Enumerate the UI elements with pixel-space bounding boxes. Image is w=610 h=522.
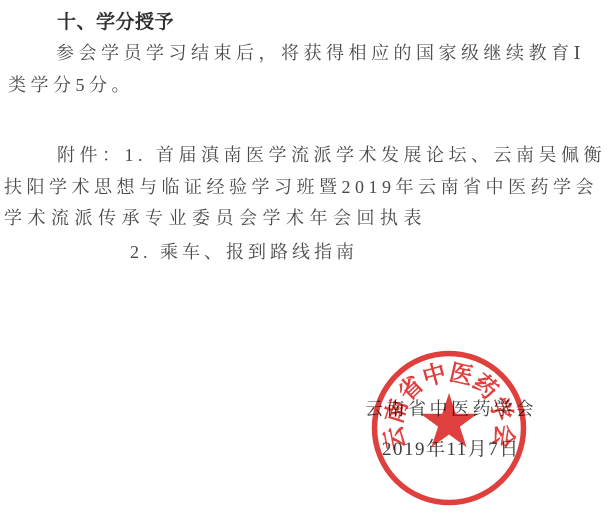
attachment-line-1: 附件：1. 首届滇南医学流派学术发展论坛、云南吴佩衡 [57,146,606,164]
body-text-line-1: 参会学员学习结束后，将获得相应的国家级继续教育Ⅰ [56,44,585,62]
document-page: 十、学分授予 参会学员学习结束后，将获得相应的国家级继续教育Ⅰ 类学分5分。 附… [0,0,610,522]
seal-star-icon [421,393,478,447]
body-text-line-2: 类学分5分。 [8,76,134,94]
section-heading: 十、学分授予 [57,13,174,32]
official-seal: 云南省中医药学会 [365,344,533,512]
attachment-line-2: 扶阳学术思想与临证经验学习班暨2019年云南省中医药学会 [4,178,598,196]
attachment-line-4: 2. 乘车、报到路线指南 [130,243,358,261]
attachment-line-3: 学术流派传承专业委员会学术年会回执表 [4,209,427,227]
